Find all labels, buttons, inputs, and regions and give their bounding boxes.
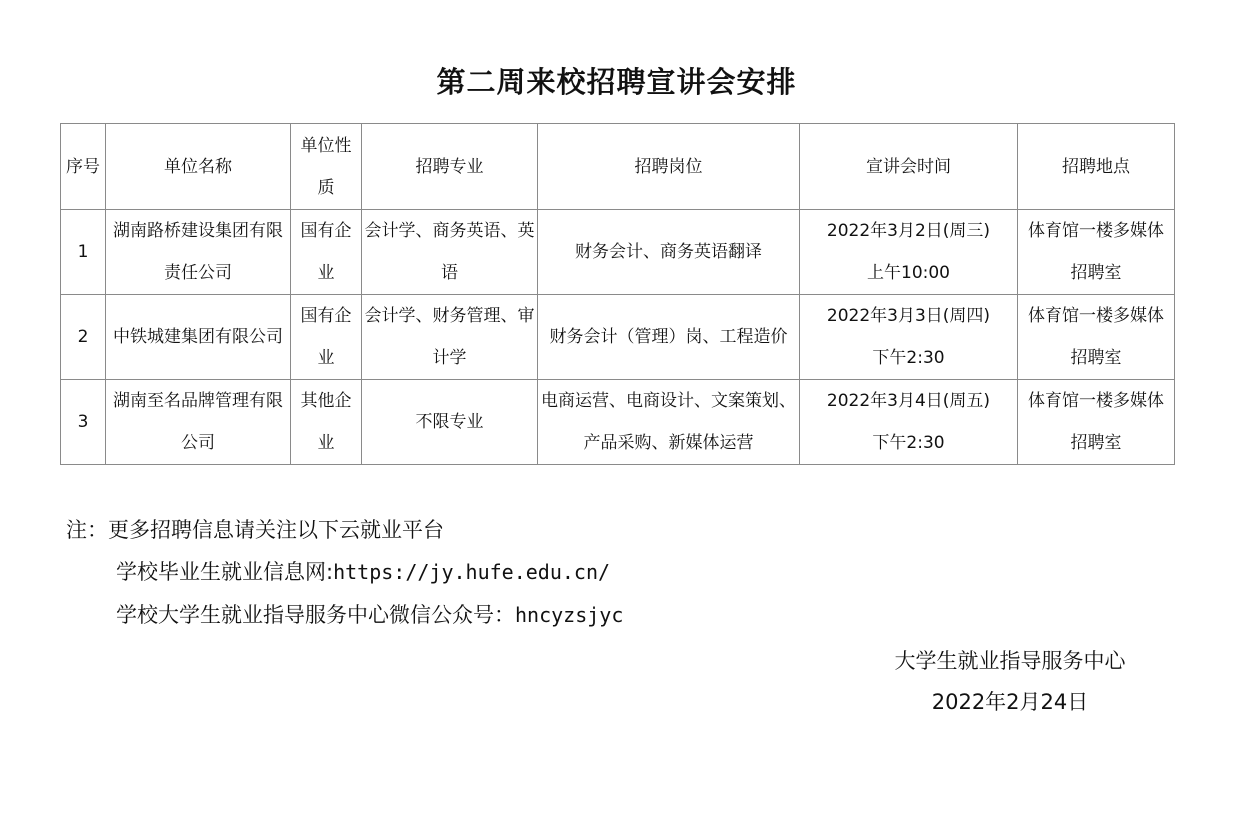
- header-time: 宣讲会时间: [800, 124, 1018, 210]
- time-hour: 下午2:30: [802, 337, 1015, 379]
- cell-location: 体育馆一楼多媒体招聘室: [1018, 380, 1175, 465]
- header-nature: 单位性质: [291, 124, 362, 210]
- website-label: 学校毕业生就业信息网:: [116, 560, 333, 584]
- note-wechat: 学校大学生就业指导服务中心微信公众号：hncyzsjyc: [116, 594, 623, 636]
- cell-location: 体育馆一楼多媒体招聘室: [1018, 210, 1175, 295]
- cell-positions: 财务会计（管理）岗、工程造价: [538, 295, 800, 380]
- time-date: 2022年3月4日(周五): [802, 380, 1015, 422]
- cell-majors: 会计学、商务英语、英语: [362, 210, 538, 295]
- table-row: 1 湖南路桥建设集团有限责任公司 国有企业 会计学、商务英语、英语 财务会计、商…: [61, 210, 1175, 295]
- cell-location: 体育馆一楼多媒体招聘室: [1018, 295, 1175, 380]
- time-date: 2022年3月2日(周三): [802, 210, 1015, 252]
- note-website: 学校毕业生就业信息网:https://jy.hufe.edu.cn/: [116, 551, 610, 593]
- cell-company: 湖南路桥建设集团有限责任公司: [106, 210, 291, 295]
- cell-nature: 其他企业: [291, 380, 362, 465]
- table-row: 2 中铁城建集团有限公司 国有企业 会计学、财务管理、审计学 财务会计（管理）岗…: [61, 295, 1175, 380]
- table-header-row: 序号 单位名称 单位性质 招聘专业 招聘岗位 宣讲会时间 招聘地点: [61, 124, 1175, 210]
- wechat-label: 学校大学生就业指导服务中心微信公众号：: [116, 603, 515, 627]
- signature-date: 2022年2月24日: [860, 686, 1160, 716]
- cell-time: 2022年3月2日(周三) 上午10:00: [800, 210, 1018, 295]
- website-link[interactable]: https://jy.hufe.edu.cn/: [333, 560, 610, 584]
- table-row: 3 湖南至名品牌管理有限公司 其他企业 不限专业 电商运营、电商设计、文案策划、…: [61, 380, 1175, 465]
- cell-majors: 会计学、财务管理、审计学: [362, 295, 538, 380]
- header-positions: 招聘岗位: [538, 124, 800, 210]
- header-majors: 招聘专业: [362, 124, 538, 210]
- cell-company: 湖南至名品牌管理有限公司: [106, 380, 291, 465]
- cell-nature: 国有企业: [291, 295, 362, 380]
- schedule-table: 序号 单位名称 单位性质 招聘专业 招聘岗位 宣讲会时间 招聘地点 1 湖南路桥…: [60, 123, 1175, 465]
- time-date: 2022年3月3日(周四): [802, 295, 1015, 337]
- cell-time: 2022年3月4日(周五) 下午2:30: [800, 380, 1018, 465]
- note-intro: 注：更多招聘信息请关注以下云就业平台: [66, 509, 444, 551]
- header-location: 招聘地点: [1018, 124, 1175, 210]
- page-title: 第二周来校招聘宣讲会安排: [0, 60, 1233, 101]
- time-hour: 下午2:30: [802, 422, 1015, 464]
- cell-no: 3: [61, 380, 106, 465]
- time-hour: 上午10:00: [802, 252, 1015, 294]
- signature-org: 大学生就业指导服务中心: [860, 645, 1160, 675]
- cell-nature: 国有企业: [291, 210, 362, 295]
- cell-time: 2022年3月3日(周四) 下午2:30: [800, 295, 1018, 380]
- cell-no: 2: [61, 295, 106, 380]
- cell-majors: 不限专业: [362, 380, 538, 465]
- header-company: 单位名称: [106, 124, 291, 210]
- cell-positions: 电商运营、电商设计、文案策划、产品采购、新媒体运营: [538, 380, 800, 465]
- wechat-account: hncyzsjyc: [515, 603, 623, 627]
- cell-positions: 财务会计、商务英语翻译: [538, 210, 800, 295]
- cell-company: 中铁城建集团有限公司: [106, 295, 291, 380]
- cell-no: 1: [61, 210, 106, 295]
- header-no: 序号: [61, 124, 106, 210]
